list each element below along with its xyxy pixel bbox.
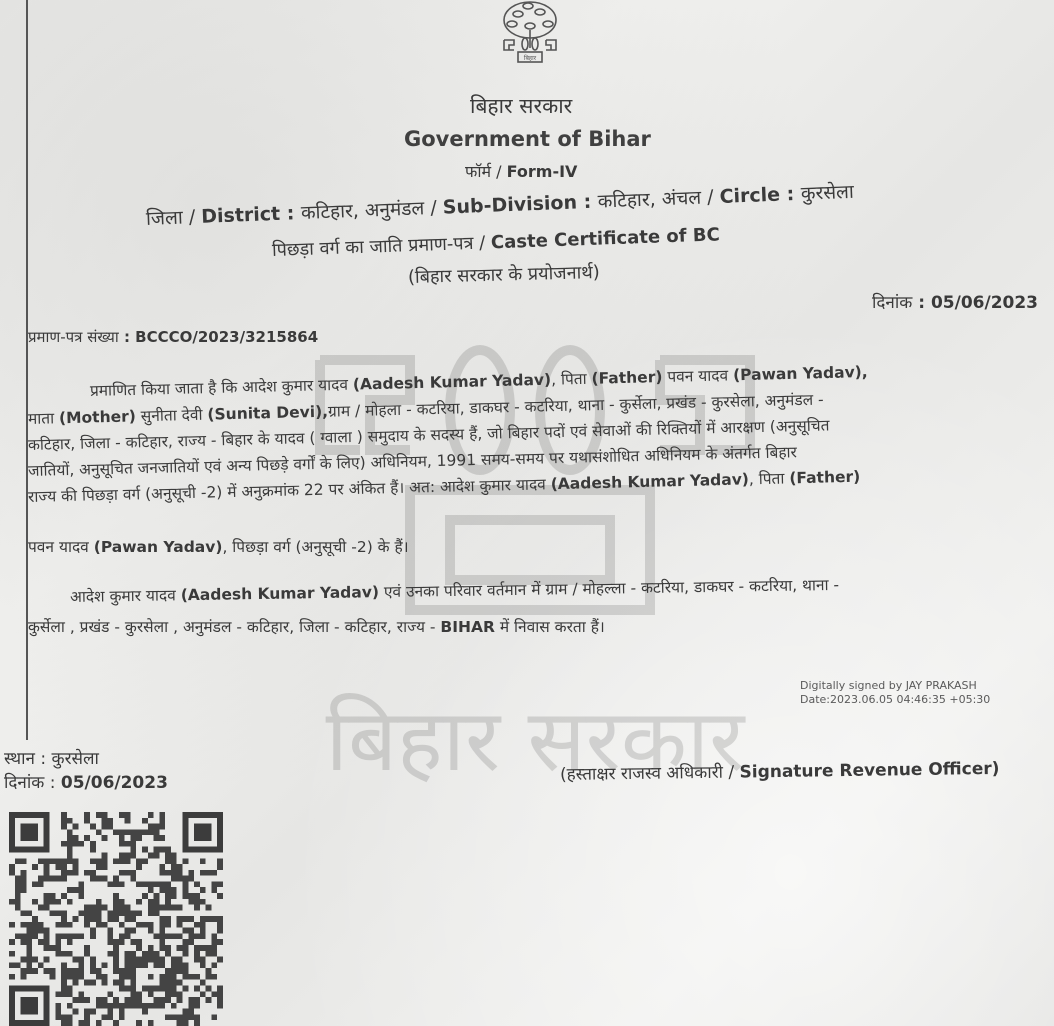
district-value: कटिहार [301, 200, 354, 224]
signatory-hindi: (हस्ताक्षर राजस्व अधिकारी / [560, 762, 740, 785]
paragraph2-line2: कुर्सेला , प्रखंड - कुरसेला , अनुमंडल - … [28, 620, 605, 636]
subdivision-label-en: Sub-Division [442, 191, 577, 218]
digital-signed-by: Digitally signed by JAY PRAKASH [800, 679, 990, 693]
certificate-number: प्रमाण-पत्र संख्या : BCCCO/2023/3215864 [28, 327, 318, 347]
digital-signature-info: Digitally signed by JAY PRAKASH Date:202… [800, 679, 990, 707]
issue-date-label: दिनांक [872, 293, 912, 313]
issue-date-value: 05/06/2023 [931, 293, 1038, 313]
district-label-en: District [201, 203, 281, 228]
certificate-title-english: Caste Certificate of BC [491, 224, 720, 253]
digital-signature-date: Date:2023.06.05 04:46:35 +05:30 [800, 693, 990, 707]
svg-text:बिहार: बिहार [524, 54, 537, 62]
certificate-number-label: प्रमाण-पत्र संख्या [28, 328, 119, 346]
form-label-english: Form-IV [507, 162, 578, 181]
jurisdiction-line: जिला / District : कटिहार, अनुमंडल / Sub-… [146, 178, 855, 231]
qr-code-icon [5, 812, 227, 1026]
subdivision-label-hi: अनुमंडल [364, 197, 424, 221]
circle-value: कुरसेला [800, 181, 854, 205]
circle-label-en: Circle [719, 184, 780, 208]
certificate-purpose: (बिहार सरकार के प्रयोजनार्थ) [408, 260, 600, 289]
signatory-label: (हस्ताक्षर राजस्व अधिकारी / Signature Re… [560, 756, 1000, 785]
subdivision-value: कटिहार [597, 189, 650, 213]
form-number: फॉर्म / Form-IV [465, 160, 577, 182]
certificate-title: पिछड़ा वर्ग का जाति प्रमाण-पत्र / Caste … [272, 222, 721, 262]
paragraph2-line1: आदेश कुमार यादव (Aadesh Kumar Yadav) एवं… [70, 578, 839, 606]
issue-date: दिनांक : 05/06/2023 [872, 290, 1038, 313]
circle-label-hi: अंचल [661, 187, 701, 210]
place: स्थान : कुरसेला [4, 748, 168, 772]
certificate-number-value: BCCCO/2023/3215864 [135, 328, 318, 346]
bihar-emblem-icon: बिहार [488, 0, 572, 70]
title-english: Government of Bihar [404, 127, 651, 151]
certificate-title-hindi: पिछड़ा वर्ग का जाति प्रमाण-पत्र [272, 233, 474, 261]
place-date-block: स्थान : कुरसेला दिनांक : 05/06/2023 [4, 748, 168, 796]
title-hindi: बिहार सरकार [470, 92, 572, 120]
district-label-hi: जिला [146, 207, 184, 230]
sign-date: दिनांक : 05/06/2023 [4, 772, 168, 796]
form-label-hindi: फॉर्म [465, 162, 491, 181]
signatory-english: Signature Revenue Officer) [739, 759, 999, 783]
paragraph1-line6: पवन यादव (Pawan Yadav), पिछड़ा वर्ग (अनु… [28, 540, 409, 556]
